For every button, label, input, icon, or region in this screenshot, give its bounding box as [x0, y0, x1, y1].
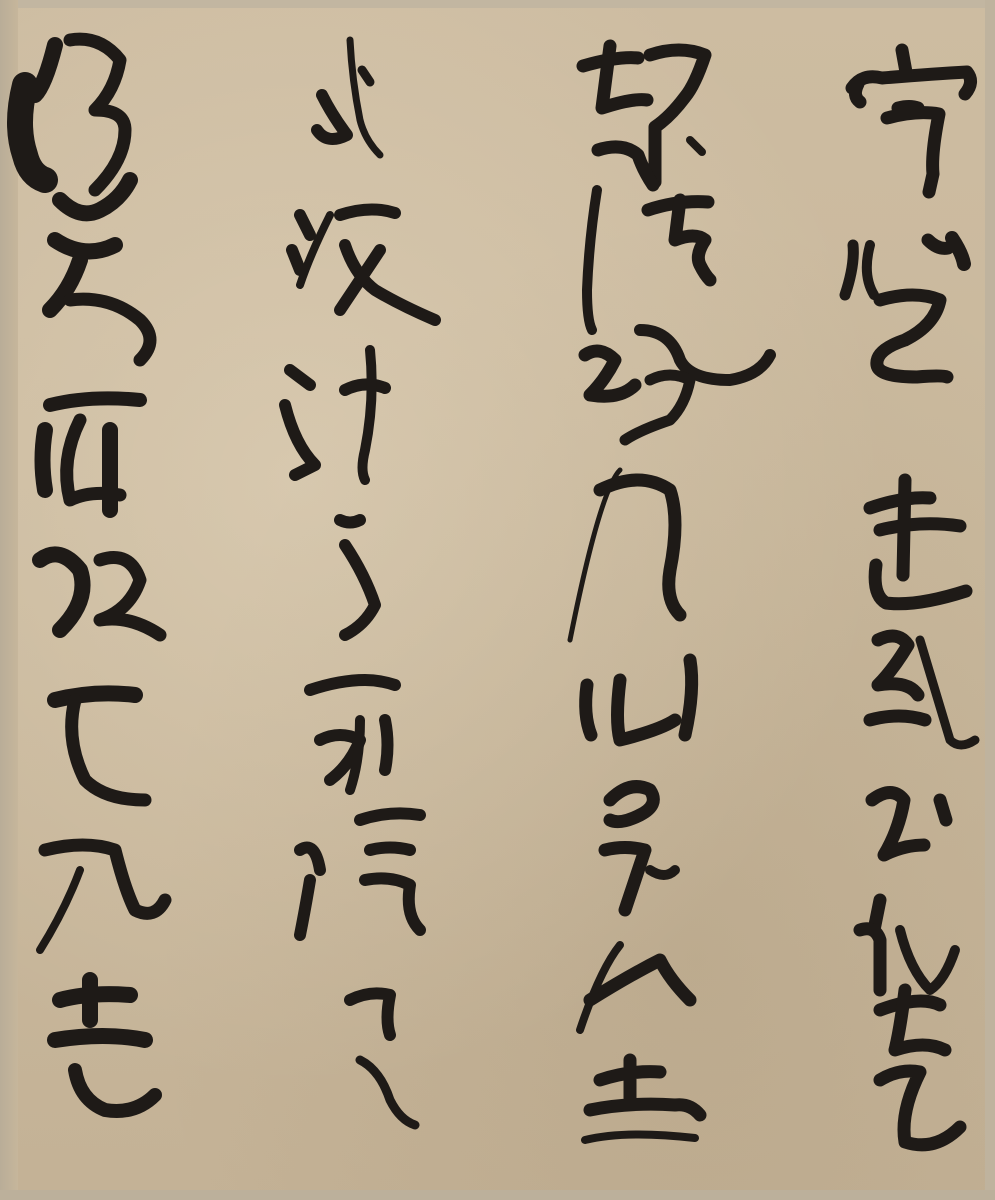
column-4 — [20, 39, 165, 1111]
column-2 — [570, 46, 770, 1140]
column-3 — [285, 40, 435, 1125]
column-1 — [845, 50, 975, 1145]
calligraphy-ink — [0, 0, 995, 1200]
